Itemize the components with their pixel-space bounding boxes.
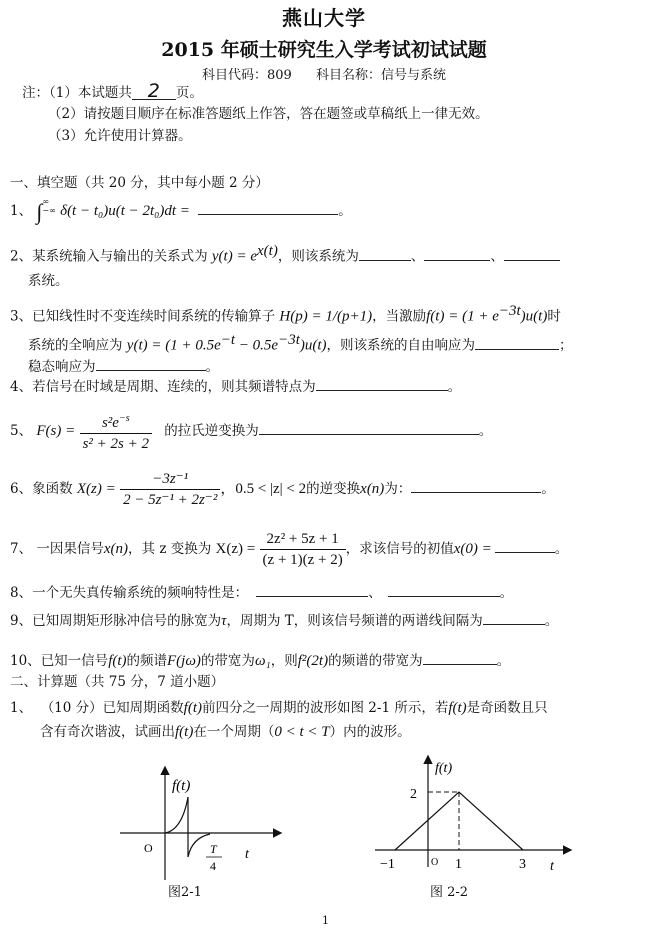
- math-expr: x(n): [104, 541, 128, 557]
- answer-blank-1-2b[interactable]: [424, 246, 490, 261]
- math-expr: H(p) = 1/(p+1): [279, 309, 372, 325]
- note-2: （2）请按题目顺序在标准答题纸上作答，答在题签或草稿纸上一律无效。: [48, 105, 489, 123]
- integral-upper-limit: ∞: [42, 197, 55, 206]
- question-text: 是奇函数且只: [467, 700, 548, 716]
- numerator: −3z⁻¹: [120, 470, 220, 489]
- question-1-8: 8、一个无失真传输系统的频响特性是：、。: [10, 582, 513, 602]
- math-expr: X(z) =: [216, 541, 256, 557]
- question-number: 1、: [10, 700, 32, 716]
- notes-line-1: 注：（1）本试题共2页。: [22, 83, 203, 102]
- question-1-5: 5、 F(s) = s²e−ss² + 2s + 2 的拉氏逆变换为。: [10, 410, 492, 453]
- integral-lower-limit: −∞: [42, 206, 55, 215]
- question-number: 4、: [10, 379, 32, 395]
- tick-4-label: 4: [210, 859, 216, 873]
- answer-blank-1-3b[interactable]: [96, 356, 206, 371]
- answer-blank-1-2c[interactable]: [504, 246, 560, 261]
- denominator: s² + 2s + 2: [80, 433, 152, 453]
- math-expr: f(t): [175, 724, 193, 740]
- question-text: 稳态响应为: [28, 359, 96, 375]
- notes-label: 注：: [22, 85, 49, 101]
- question-text: ，则该系统为: [278, 249, 359, 265]
- math-expr: X(z) =: [77, 481, 116, 497]
- y-tick-2: 2: [410, 787, 417, 802]
- question-text: ，则: [271, 653, 298, 669]
- question-text: 的拉氏逆变换为: [164, 423, 259, 439]
- question-text: 的带宽为: [201, 653, 255, 669]
- math-expr: x(n): [360, 481, 384, 497]
- figure-2-1: f(t) O T 4 t: [110, 760, 300, 900]
- period: 。: [479, 423, 493, 439]
- separator: 、: [368, 585, 382, 601]
- period: 。: [206, 359, 220, 375]
- note-3: （3）允许使用计算器。: [48, 127, 192, 145]
- question-text: 系统的全响应为: [28, 338, 123, 354]
- answer-blank-1-1[interactable]: [198, 200, 338, 215]
- answer-blank-1-6[interactable]: [411, 478, 541, 493]
- question-text: 前四分之一周期的波形如图 2-1 所示，若: [202, 700, 448, 716]
- math-expr: f²(2t): [298, 653, 328, 669]
- section2-heading: 二、计算题（共 75 分，7 道小题）: [10, 673, 224, 691]
- question-1-10: 10、已知一信号f(t)的频谱F(jω)的带宽为ω₁，则f²(2t)的频谱的带宽…: [10, 650, 510, 670]
- x-axis-label: t: [245, 847, 250, 862]
- question-1-4: 4、若信号在时域是周期、连续的，则其频谱特点为。: [10, 376, 461, 396]
- question-text: 为：: [384, 481, 411, 497]
- answer-blank-1-4[interactable]: [316, 376, 448, 391]
- question-text: ，求该信号的初值: [346, 541, 454, 557]
- question-text: 的频谱: [127, 653, 168, 669]
- section1-heading: 一、填空题（共 20 分，其中每小题 2 分）: [10, 174, 269, 192]
- subject-code: 科目代码：809: [202, 68, 292, 83]
- question-1-3-line3: 稳态响应为。: [28, 356, 219, 376]
- question-number: 1、: [10, 203, 32, 219]
- figure-2-2-caption: 图 2-2: [430, 881, 468, 900]
- question-text: 一因果信号: [36, 541, 104, 557]
- math-expr: f(t): [108, 653, 126, 669]
- denominator: (z + 1)(z + 2): [260, 549, 346, 569]
- question-number: 8、: [10, 585, 32, 601]
- x-tick-neg1: −1: [380, 857, 395, 872]
- question-1-1: 1、 ∫∞−∞ δ(t − t₀)u(t − 2t₀)dt = 。: [10, 200, 352, 221]
- y-axis-label: f(t): [172, 778, 190, 794]
- question-number: 5、: [10, 423, 32, 439]
- period: 。: [541, 481, 555, 497]
- math-expr: f(t): [184, 700, 202, 716]
- question-text: 含有奇次谐波，试画出: [40, 724, 175, 740]
- answer-blank-1-8a[interactable]: [256, 582, 368, 597]
- question-text: 已知线性时不变连续时间系统的传输算子: [32, 309, 275, 325]
- numerator: 2z² + 5z + 1: [260, 530, 346, 549]
- note-1-suffix: 页。: [176, 85, 203, 101]
- question-number: 3、: [10, 309, 32, 325]
- question-1-6: 6、象函数 X(z) = −3z⁻¹2 − 5z⁻¹ + 2z⁻²，0.5 < …: [10, 470, 555, 509]
- question-1-9: 9、已知周期矩形脉冲信号的脉宽为τ，周期为 T，则该信号频谱的两谱线间隔为。: [10, 610, 558, 630]
- subject-name: 科目名称：信号与系统: [316, 68, 446, 83]
- question-text: 的逆变换: [306, 481, 360, 497]
- period: 。: [338, 203, 352, 219]
- answer-blank-1-7[interactable]: [495, 538, 555, 553]
- question-text: 某系统输入与输出的关系式为: [32, 249, 208, 265]
- tick-T-label: T: [210, 842, 218, 856]
- waveform-decay: [188, 834, 210, 857]
- question-text: ，当激励: [372, 309, 426, 325]
- x-tick-3: 3: [519, 857, 526, 872]
- numerator: s²e: [102, 415, 119, 431]
- answer-blank-1-3a[interactable]: [475, 335, 559, 350]
- answer-blank-1-9[interactable]: [483, 610, 545, 625]
- period: 。: [448, 379, 462, 395]
- math-expr: x(0) =: [454, 541, 492, 557]
- math-expr: F(s) =: [36, 423, 75, 439]
- university-name: 燕山大学: [0, 2, 648, 31]
- question-1-2: 2、某系统输入与输出的关系式为 y(t) = ex(t)，则该系统为、、: [10, 242, 560, 266]
- math-exponent: x(t): [257, 243, 278, 259]
- question-number: 6、: [10, 481, 32, 497]
- answer-blank-1-2a[interactable]: [359, 246, 411, 261]
- question-number: 9、: [10, 613, 32, 629]
- math-expr: y(t) = e: [212, 249, 257, 265]
- semicolon: ；: [559, 338, 573, 354]
- math-exponent: −s: [119, 413, 130, 424]
- question-text: 时: [547, 309, 561, 325]
- waveform-rise: [165, 797, 188, 833]
- math-expr: − 0.5e: [235, 338, 278, 354]
- math-expr: F(jω): [167, 653, 201, 669]
- question-1-3-line2: 系统的全响应为 y(t) = (1 + 0.5e−t − 0.5e−3t)u(t…: [28, 331, 573, 355]
- answer-blank-1-8b[interactable]: [388, 582, 500, 597]
- exam-title: 2015 年硕士研究生入学考试初试试题: [0, 35, 648, 62]
- x-tick-1: 1: [455, 857, 462, 872]
- y-axis-label: f(t): [435, 761, 452, 776]
- fraction: s²e−ss² + 2s + 2: [80, 410, 152, 453]
- question-2-1-line2: 含有奇次谐波，试画出f(t)在一个周期（0 < t < T）内的波形。: [40, 723, 411, 741]
- subject-info: 科目代码：809 科目名称：信号与系统: [0, 64, 648, 83]
- answer-blank-1-5[interactable]: [259, 420, 479, 435]
- fraction: 2z² + 5z + 1(z + 1)(z + 2): [260, 530, 346, 569]
- figure-2-2: f(t) 2 −1 O 1 3 t: [370, 752, 600, 882]
- origin-label: O: [431, 857, 438, 868]
- question-text: 的频谱的带宽为: [328, 653, 423, 669]
- math-exponent: −3t: [499, 303, 521, 319]
- question-number: 2、: [10, 249, 32, 265]
- question-2-1: 1、 （10 分）已知周期函数f(t)前四分之一周期的波形如图 2-1 所示，若…: [10, 699, 548, 717]
- question-text: 象函数: [32, 481, 73, 497]
- separator: 、: [490, 249, 504, 265]
- math-expr: f(t) = (1 + e: [426, 309, 499, 325]
- math-expr: f(t): [448, 700, 466, 716]
- denominator: 2 − 5z⁻¹ + 2z⁻²: [120, 489, 220, 509]
- question-text: ）内的波形。: [330, 724, 411, 740]
- question-number: 7、: [10, 541, 32, 557]
- note-1-prefix: （1）本试题共: [49, 85, 132, 101]
- question-text: 在一个周期（: [193, 724, 274, 740]
- period: 。: [545, 613, 559, 629]
- fraction: −3z⁻¹2 − 5z⁻¹ + 2z⁻²: [120, 470, 220, 509]
- math-expr: ω₁: [255, 653, 271, 669]
- page-number: 1: [322, 914, 329, 927]
- period: 。: [497, 653, 511, 669]
- question-text: 已知周期矩形脉冲信号的脉宽为: [32, 613, 221, 629]
- math-expr: y(t) = (1 + 0.5e: [127, 338, 221, 354]
- origin-label: O: [144, 841, 153, 855]
- math-expr: )u(t): [521, 309, 548, 325]
- math-condition: ，0.5 < |z| < 2: [220, 481, 306, 497]
- math-expr: )u(t): [300, 338, 327, 354]
- math-expr: 0 < t < T: [274, 724, 329, 740]
- math-exponent: −3t: [278, 332, 300, 348]
- question-text: 若信号在时域是周期、连续的，则其频谱特点为: [32, 379, 316, 395]
- question-1-3: 3、已知线性时不变连续时间系统的传输算子 H(p) = 1/(p+1)，当激励f…: [10, 302, 561, 326]
- integrand: δ(t − t₀)u(t − 2t₀)dt =: [60, 203, 190, 219]
- question-text: ，周期为 T，则该信号频谱的两谱线间隔为: [226, 613, 482, 629]
- period: 。: [555, 541, 569, 557]
- handwritten-page-count: 2: [132, 83, 176, 100]
- math-exponent: −t: [221, 332, 235, 348]
- figure-2-1-caption: 图2-1: [168, 881, 202, 900]
- question-text: ，其 z 变换为: [128, 541, 211, 557]
- answer-blank-1-10[interactable]: [423, 650, 497, 665]
- question-1-7: 7、 一因果信号x(n)，其 z 变换为 X(z) = 2z² + 5z + 1…: [10, 530, 568, 569]
- question-text: （10 分）已知周期函数: [41, 700, 184, 716]
- question-1-2-line2: 系统。: [28, 272, 69, 290]
- period: 。: [500, 585, 514, 601]
- question-text: 已知一信号: [41, 653, 109, 669]
- question-number: 10、: [10, 653, 41, 669]
- separator: 、: [411, 249, 425, 265]
- x-axis-label: t: [550, 859, 555, 874]
- question-text: ，则该系统的自由响应为: [327, 338, 476, 354]
- question-text: 一个无失真传输系统的频响特性是：: [32, 585, 248, 601]
